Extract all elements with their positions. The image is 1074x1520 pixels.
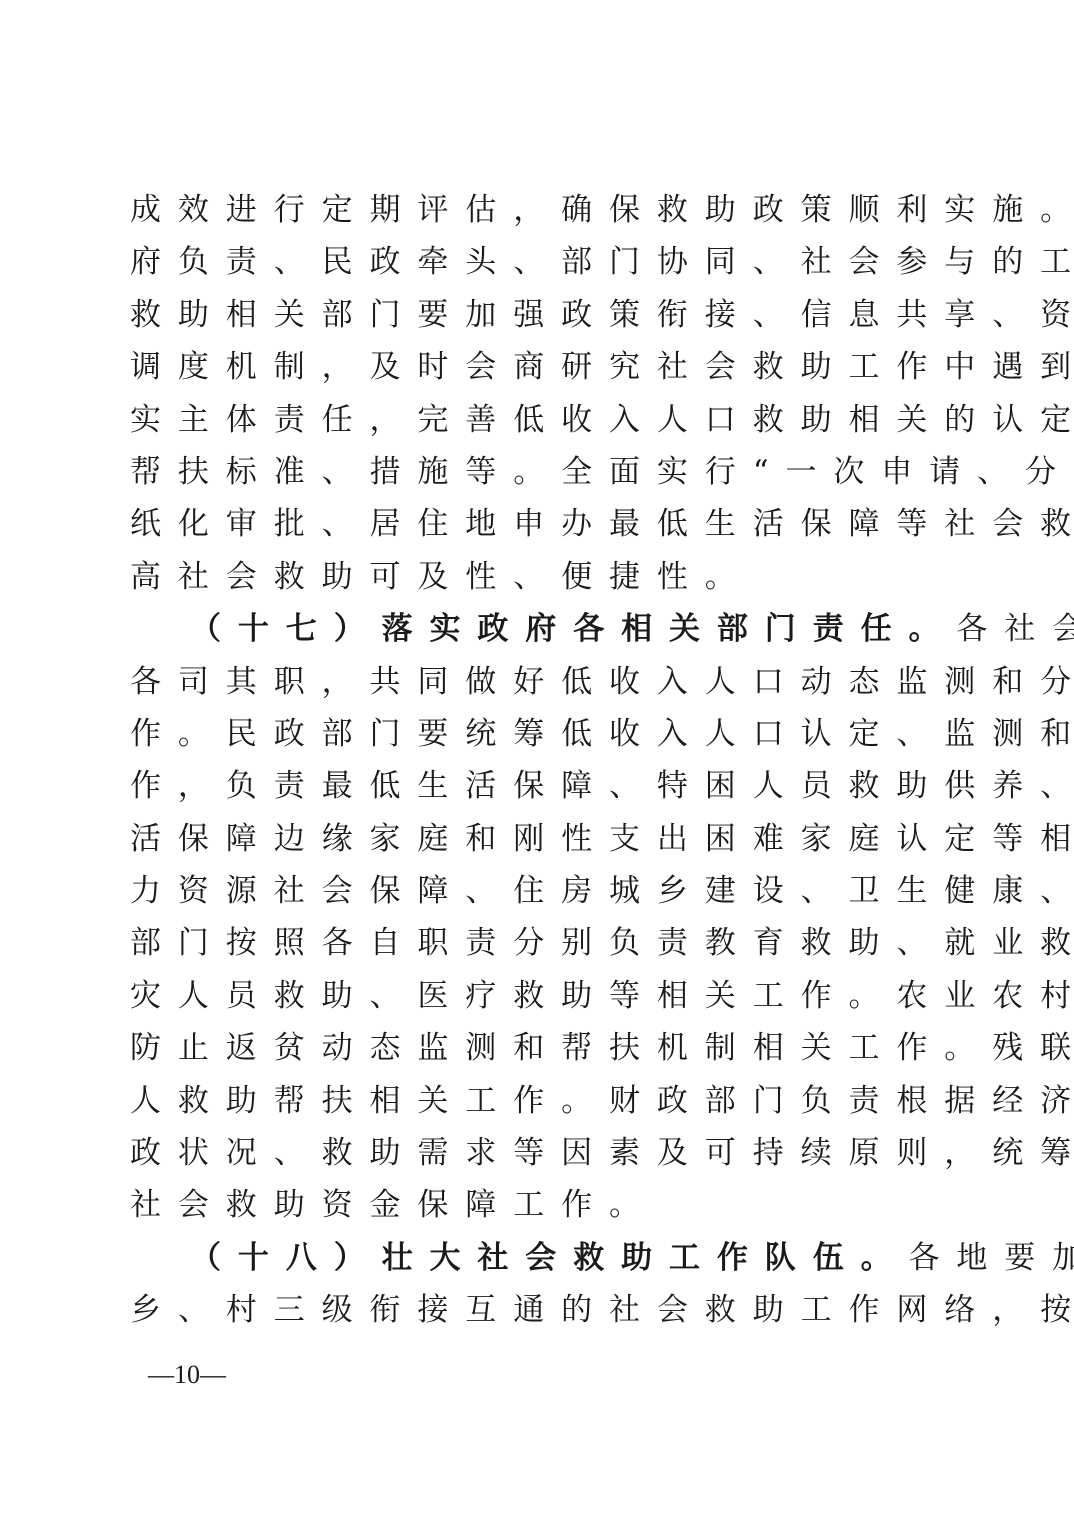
text-line: 成效进行定期评估，确保救助政策顺利实施。强化党委领导、政	[130, 184, 946, 236]
text-line: 高社会救助可及性、便捷性。	[130, 551, 946, 603]
text-line: 乡、村三级衔接互通的社会救助工作网络，按照社会救助对象数	[130, 1284, 946, 1336]
text-line: 实主体责任，完善低收入人口救助相关的认定办法、程序和救助	[130, 394, 946, 446]
text-line: 防止返贫动态监测和帮扶机制相关工作。残联组织协同做好残疾	[130, 1022, 946, 1074]
text-line: 府负责、民政牵头、部门协同、社会参与的工作机制。各级社会	[130, 236, 946, 288]
text-line: 力资源社会保障、住房城乡建设、卫生健康、应急管理、医保等	[130, 865, 946, 917]
text-line: 活保障边缘家庭和刚性支出困难家庭认定等相关工作。教育、人	[130, 813, 946, 865]
body-text: 成效进行定期评估，确保救助政策顺利实施。强化党委领导、政 府负责、民政牵头、部门…	[130, 184, 946, 1337]
section-heading-17: （十七）落实政府各相关部门责任。	[190, 611, 956, 647]
text-line: 纸化审批、居住地申办最低生活保障等社会救助改革，进一步提	[130, 498, 946, 550]
text-line: 调度机制，及时会商研究社会救助工作中遇到的问题。各地要落	[130, 341, 946, 393]
text-line: 作，负责最低生活保障、特困人员救助供养、临时救助、最低生	[130, 760, 946, 812]
text-line: 救助相关部门要加强政策衔接、信息共享、资源统筹，建立定期	[130, 289, 946, 341]
section-17-first-line: （十七）落实政府各相关部门责任。各社会救助相关部门要	[130, 603, 946, 655]
text-line: 政状况、救助需求等因素及可持续原则，统筹现有资金渠道做好	[130, 1127, 946, 1179]
text-line: 帮扶标准、措施等。全面实行“一次申请、分类审核认定”、无	[130, 446, 946, 498]
section-18-first-line: （十八）壮大社会救助工作队伍。各地要加快建立健全县、	[130, 1232, 946, 1284]
text-run: 各社会救助相关部门要	[956, 611, 1074, 647]
section-heading-18: （十八）壮大社会救助工作队伍。	[190, 1240, 909, 1276]
text-line: 部门按照各自职责分别负责教育救助、就业救助、住房救助、受	[130, 917, 946, 969]
text-line: 社会救助资金保障工作。	[130, 1179, 946, 1231]
document-page: 成效进行定期评估，确保救助政策顺利实施。强化党委领导、政 府负责、民政牵头、部门…	[0, 0, 1074, 1520]
text-line: 各司其职，共同做好低收入人口动态监测和分层分类社会救助工	[130, 656, 946, 708]
text-run: 各地要加快建立健全县、	[909, 1240, 1074, 1276]
page-number: —10—	[148, 1360, 226, 1390]
text-line: 作。民政部门要统筹低收入人口认定、监测和常态化救助帮扶工	[130, 708, 946, 760]
text-line: 灾人员救助、医疗救助等相关工作。农业农村部门负责做好健全	[130, 970, 946, 1022]
text-line: 人救助帮扶相关工作。财政部门负责根据经济社会发展水平、财	[130, 1075, 946, 1127]
